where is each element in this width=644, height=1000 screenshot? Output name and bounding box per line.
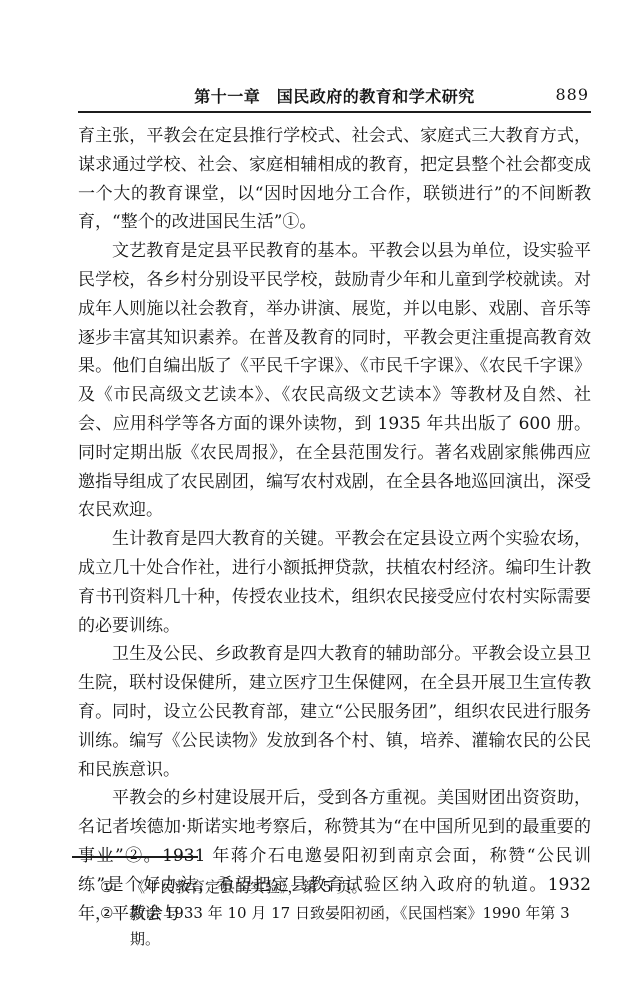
header-rule [78, 111, 591, 113]
book-page: 第十一章 国民政府的教育和学术研究 889 育主张，平教会在定县推行学校式、社会… [0, 0, 644, 1000]
footnote-2: ② 斯诺 1933 年 10 月 17 日致晏阳初函，《民国档案》1990 年第… [100, 900, 592, 952]
page-number: 889 [555, 85, 589, 104]
footnote-2-marker: ② [100, 900, 130, 926]
paragraph-4: 卫生及公民、乡政教育是四大教育的辅助部分。平教会设立县卫生院，联村设保健所，建立… [78, 640, 591, 784]
chapter-title: 第十一章 国民政府的教育和学术研究 [78, 84, 591, 107]
footnote-2-text: 斯诺 1933 年 10 月 17 日致晏阳初函，《民国档案》1990 年第 3… [130, 900, 592, 952]
footnote-1-text: 《平民教育定县的实验》，第 5 页。 [130, 874, 592, 900]
paragraph-1: 育主张，平教会在定县推行学校式、社会式、家庭式三大教育方式，谋求通过学校、社会、… [78, 122, 591, 237]
footnote-1: ① 《平民教育定县的实验》，第 5 页。 [100, 874, 592, 900]
paragraph-2: 文艺教育是定县平民教育的基本。平教会以县为单位，设实验平民学校，各乡村分别设平民… [78, 237, 591, 525]
paragraph-3: 生计教育是四大教育的关键。平教会在定县设立两个实验农场，成立几十处合作社，进行小… [78, 525, 591, 640]
footnote-1-marker: ① [100, 874, 130, 900]
main-text: 育主张，平教会在定县推行学校式、社会式、家庭式三大教育方式，谋求通过学校、社会、… [78, 122, 591, 928]
footnotes: ① 《平民教育定县的实验》，第 5 页。 ② 斯诺 1933 年 10 月 17… [100, 874, 592, 952]
page-header: 第十一章 国民政府的教育和学术研究 889 [78, 84, 591, 106]
footnote-separator-rule [72, 856, 198, 858]
